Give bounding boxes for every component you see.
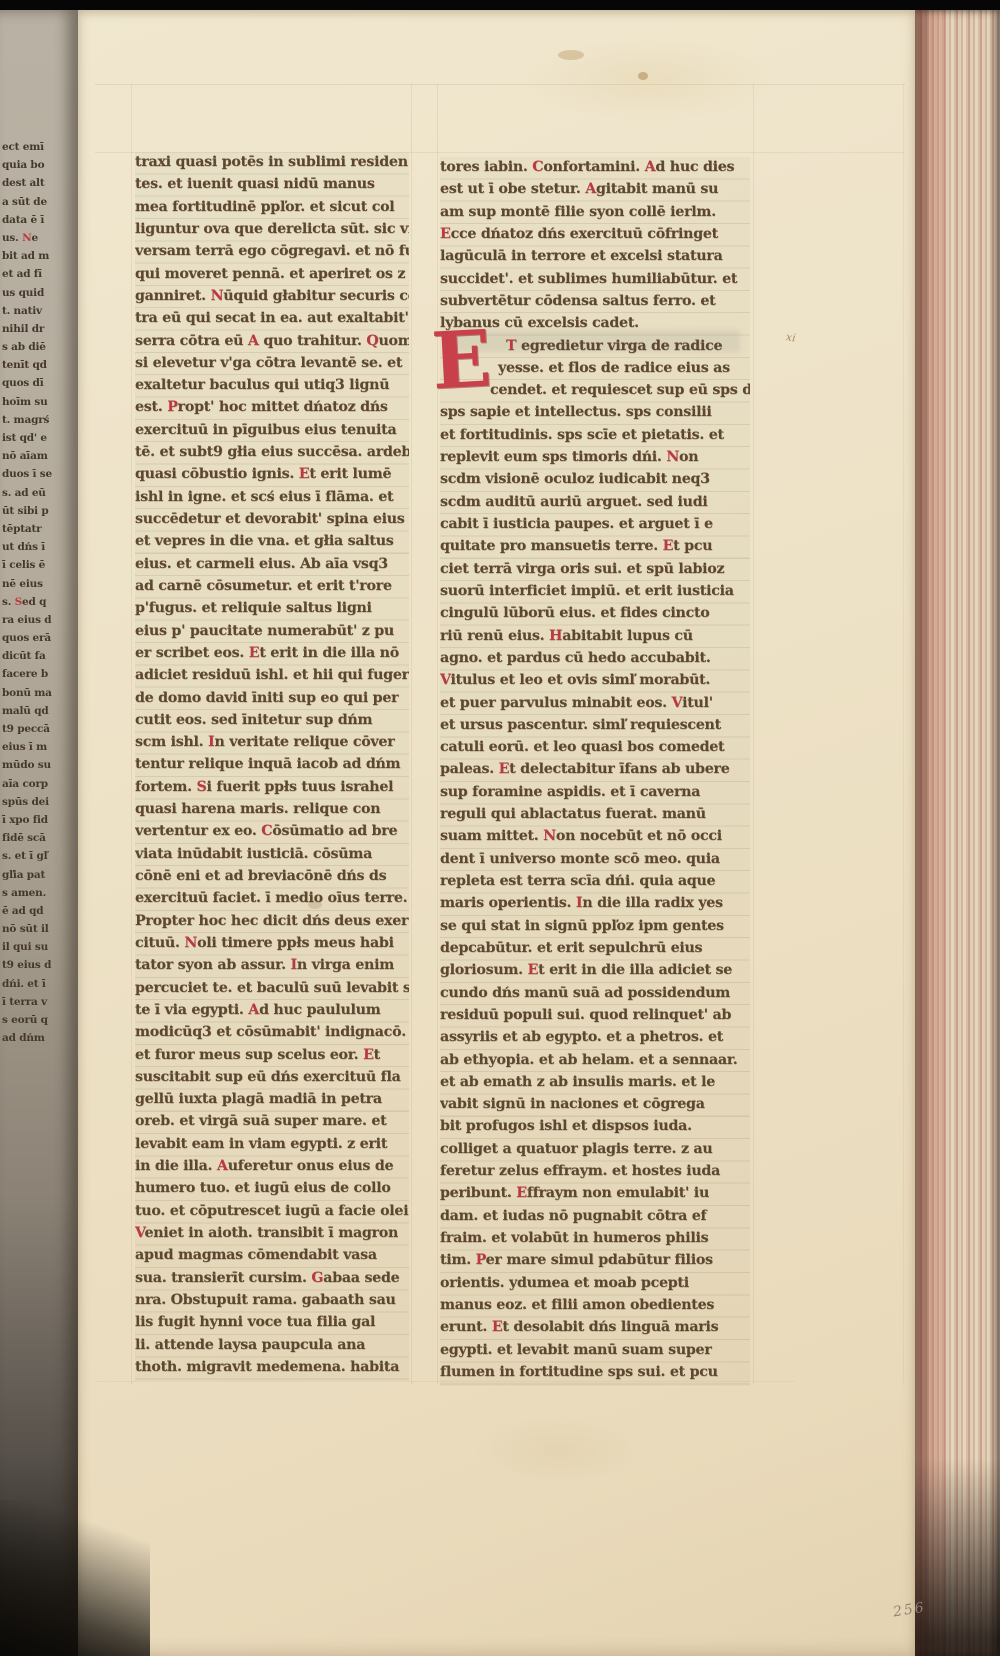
manuscript-line: mea fortitudinē ppľor. et sicut col	[135, 197, 409, 219]
manuscript-line: cutit eos. sed īnitetur sup dńm	[135, 710, 409, 732]
fragment-line: dńi. et ī	[2, 975, 70, 993]
manuscript-line: feretur zelus effraym. et hostes iuda	[440, 1161, 750, 1183]
fragment-line: quos dī	[2, 374, 70, 392]
manuscript-line: ciet terrā virga oris sui. et spū labioz	[440, 559, 750, 581]
fragment-line: a sūt de	[2, 193, 70, 211]
manuscript-line: succidet'. et sublimes humiliabūtur. et	[440, 269, 750, 291]
manuscript-line: lagūculā in terrore et excelsi statura	[440, 246, 750, 268]
manuscript-line: de domo david īniti sup eo qui per	[135, 688, 409, 710]
previous-page-text-fragments: ect emīquia bodest alta sūt dedata ē īus…	[2, 138, 70, 1047]
ruling-line-vertical	[753, 84, 754, 1384]
ruling-line-vertical	[131, 84, 132, 1384]
manuscript-line: gellū iuxta plagā madiā in petra	[135, 1089, 409, 1111]
manuscript-line: scm ishl. In veritate relique cōver	[135, 732, 409, 754]
manuscript-line: colliget a quatuor plagis terre. z au	[440, 1139, 750, 1161]
manuscript-line: et puer parvulus minabit eos. Vitul'	[440, 693, 750, 715]
manuscript-line: et furor meus sup scelus eor. Et	[135, 1045, 409, 1067]
book-fore-edge	[915, 10, 1000, 1656]
manuscript-line: depcabūtur. et erit sepulchrū eius	[440, 938, 750, 960]
manuscript-line: scdm visionē oculoz iudicabit neq3	[440, 469, 750, 491]
manuscript-line: tores iabin. Confortamini. Ad huc dies	[440, 157, 750, 179]
manuscript-line: Veniet in aioth. transibit ī magron	[135, 1223, 409, 1245]
manuscript-line: tes. et iuenit quasi nidū manus	[135, 174, 409, 196]
manuscript-line: replevit eum sps timoris dńi. Non	[440, 447, 750, 469]
manuscript-line: si elevetur v'ga cōtra levantē se. et	[135, 353, 409, 375]
manuscript-line: percuciet te. et baculū suū levabit sup	[135, 978, 409, 1000]
fragment-line: ra eius d	[2, 611, 70, 629]
manuscript-line: am sup montē filie syon collē ierlm.	[440, 202, 750, 224]
manuscript-line: viata inūdabit iusticiā. cōsūma	[135, 844, 409, 866]
manuscript-photo: ect emīquia bodest alta sūt dedata ē īus…	[0, 0, 1000, 1656]
parchment-stain	[638, 72, 648, 80]
manuscript-line: tentur relique inquā iacob ad dńm	[135, 754, 409, 776]
manuscript-line: suam mittet. Non nocebūt et nō occi	[440, 826, 750, 848]
manuscript-line: riū renū eius. Habitabit lupus cū	[440, 626, 750, 648]
manuscript-line: est. Propt' hoc mittet dńatoz dńs	[135, 397, 409, 419]
fragment-line: dicūt fa	[2, 647, 70, 665]
fragment-line: ūt sibi p	[2, 502, 70, 520]
fragment-line: tenīt qd	[2, 356, 70, 374]
manuscript-line: suorū interficiet impiū. et erit iustici…	[440, 581, 750, 603]
ruling-line-vertical	[411, 84, 412, 1384]
manuscript-line: et ab emath z ab insulis maris. et le	[440, 1072, 750, 1094]
fragment-line: fidē scā	[2, 829, 70, 847]
parchment-stain	[558, 50, 584, 60]
manuscript-line: se qui stat in signū ppľoz ipm gentes	[440, 916, 750, 938]
fragment-line: t9 eius d	[2, 956, 70, 974]
fragment-line: quos erā	[2, 629, 70, 647]
fragment-line: duos ī se	[2, 465, 70, 483]
manuscript-line: exaltetur baculus qui utiq3 lignū	[135, 375, 409, 397]
text-column-left: traxi quasi potēs in sublimi residentes.…	[135, 152, 409, 1381]
fragment-line: et ad fī	[2, 265, 70, 283]
photo-black-edge-top	[0, 0, 1000, 10]
fragment-line: s. Sed q	[2, 593, 70, 611]
fragment-line: ist qd' e	[2, 429, 70, 447]
manuscript-line: humero tuo. et iugū eius de collo	[135, 1178, 409, 1200]
fragment-line: dest alt	[2, 174, 70, 192]
manuscript-line: catuli eorū. et leo quasi bos comedet	[440, 737, 750, 759]
fragment-line: s. et ī gľ	[2, 847, 70, 865]
fragment-line: hoīm su	[2, 393, 70, 411]
manuscript-line: cabit ī iusticia paupes. et arguet ī e	[440, 514, 750, 536]
fragment-line: ē ad qd	[2, 902, 70, 920]
ruling-line-horizontal	[95, 84, 905, 85]
manuscript-line: Ecce dńatoz dńs exercituū cōfringet	[440, 224, 750, 246]
manuscript-line: suscitabit sup eū dńs exercituū fla	[135, 1067, 409, 1089]
manuscript-line: cōnē eni et ad breviacōnē dńs ds	[135, 866, 409, 888]
manuscript-line: oreb. et virgā suā super mare. et	[135, 1111, 409, 1133]
manuscript-line: eius p' paucitate numerabūt' z pu	[135, 621, 409, 643]
manuscript-line: exercituū faciet. ī medio oīus terre.	[135, 888, 409, 910]
ruling-line-vertical	[437, 84, 438, 1384]
manuscript-line: dam. et iudas nō pugnabit cōtra ef	[440, 1206, 750, 1228]
manuscript-line: residuū populi sui. quod relinquet' ab	[440, 1005, 750, 1027]
manuscript-line: tim. Per mare simul pdabūtur filios	[440, 1250, 750, 1272]
manuscript-line: agno. et pardus cū hedo accubabit.	[440, 648, 750, 670]
fragment-line: s ab diē	[2, 338, 70, 356]
manuscript-line: et vepres in die vna. et głia saltus	[135, 531, 409, 553]
manuscript-line: thoth. migravit medemena. habita	[135, 1357, 409, 1379]
manuscript-line: levabit eam in viam egypti. z erit	[135, 1134, 409, 1156]
fragment-line: nihil dr	[2, 320, 70, 338]
manuscript-line: Vitulus et leo et ovis simľ morabūt.	[440, 670, 750, 692]
manuscript-line: vertentur ex eo. Cōsūmatio ad bre	[135, 821, 409, 843]
manuscript-line: orientis. ydumea et moab pcepti	[440, 1273, 750, 1295]
manuscript-line: repleta est terra scīa dńi. quia aque	[440, 871, 750, 893]
fragment-line: bit ad m	[2, 247, 70, 265]
fragment-line: s eorū q	[2, 1011, 70, 1029]
fragment-line: ut dńs ī	[2, 538, 70, 556]
manuscript-line: et fortitudinis. sps scīe et pietatis. e…	[440, 425, 750, 447]
manuscript-line: subvertētur cōdensa saltus ferro. et	[440, 291, 750, 313]
manuscript-line: flumen in fortitudine sps sui. et pcu	[440, 1362, 750, 1384]
manuscript-line: eius. et carmeli eius. Ab aīa vsq3	[135, 554, 409, 576]
manuscript-line: egypti. et levabit manū suam super	[440, 1340, 750, 1362]
ruling-line-vertical	[903, 84, 904, 1384]
manuscript-line: sps sapie et intellectus. sps consilii	[440, 402, 750, 424]
fragment-line: s amen.	[2, 884, 70, 902]
previous-page-edge: ect emīquia bodest alta sūt dedata ē īus…	[0, 10, 78, 1656]
fragment-line: bonū ma	[2, 684, 70, 702]
manuscript-line: scdm auditū auriū arguet. sed iudi	[440, 492, 750, 514]
fragment-line: data ē ī	[2, 211, 70, 229]
manuscript-line: modicūq3 et cōsūmabit' indignacō.	[135, 1022, 409, 1044]
manuscript-line: liguntur ova que derelicta sūt. sic vni	[135, 219, 409, 241]
margin-chapter-note: xi	[785, 330, 796, 344]
fragment-line: t9 peccā	[2, 720, 70, 738]
manuscript-line: quasi cōbustio ignis. Et erit lumē	[135, 464, 409, 486]
fragment-line: ī xpo fid	[2, 811, 70, 829]
manuscript-line: li. attende laysa paupcula ana	[135, 1335, 409, 1357]
manuscript-line: quasi harena maris. relique con	[135, 799, 409, 821]
fragment-line: s. ad eū	[2, 484, 70, 502]
manuscript-line: fraim. et volabūt in humeros philis	[440, 1228, 750, 1250]
manuscript-line: ganniret. Nūquid głabitur securis cō	[135, 286, 409, 308]
manuscript-line: bit profugos ishl et dispsos iuda.	[440, 1116, 750, 1138]
fragment-line: quia bo	[2, 156, 70, 174]
fragment-line: gľia pat	[2, 866, 70, 884]
manuscript-line: succēdetur et devorabit' spina eius	[135, 509, 409, 531]
fragment-line: us. Ne	[2, 229, 70, 247]
manuscript-line: ab ethyopia. et ab helam. et a sennaar.	[440, 1050, 750, 1072]
manuscript-line: tē. et subt9 głia eius succēsa. ardebit	[135, 442, 409, 464]
fragment-line: aīa corp	[2, 775, 70, 793]
manuscript-line: qui moveret pennā. et aperiret os z	[135, 264, 409, 286]
manuscript-line: adiciet residuū ishl. et hii qui fugerīt	[135, 665, 409, 687]
manuscript-line: paleas. Et delectabitur īfans ab ubere	[440, 759, 750, 781]
manuscript-line: dent ī universo monte scō meo. quia	[440, 849, 750, 871]
manuscript-line: est ut ī obe stetur. Agitabit manū su	[440, 179, 750, 201]
manuscript-line: ishl in igne. et scś eius ī flāma. et	[135, 487, 409, 509]
manuscript-line: maris operientis. In die illa radix yes	[440, 893, 750, 915]
manuscript-line: tator syon ab assur. In virga enim	[135, 955, 409, 977]
fragment-line: facere b	[2, 665, 70, 683]
fragment-line: ect emī	[2, 138, 70, 156]
fragment-line: il qui su	[2, 938, 70, 956]
manuscript-line: traxi quasi potēs in sublimi residen	[135, 152, 409, 174]
manuscript-line: er scribet eos. Et erit in die illa nō	[135, 643, 409, 665]
fragment-line: t. nativ	[2, 302, 70, 320]
manuscript-line: ad carnē cōsumetur. et erit t'rore	[135, 576, 409, 598]
manuscript-line: manus eoz. et filii amon obedientes	[440, 1295, 750, 1317]
fragment-line: eius ī m	[2, 738, 70, 756]
manuscript-line: apud magmas cōmendabit vasa	[135, 1245, 409, 1267]
fragment-line: ī terra v	[2, 993, 70, 1011]
fragment-line: ī celis ē	[2, 556, 70, 574]
manuscript-line: Propter hoc hec dicit dńs deus exer	[135, 911, 409, 933]
manuscript-line: serra cōtra eū A quo trahitur. Quomō	[135, 331, 409, 353]
manuscript-line: exercituū in pīguibus eius tenuita	[135, 420, 409, 442]
manuscript-line: fortem. Si fuerit ppłs tuus israhel	[135, 777, 409, 799]
drop-cap-initial-E: E	[430, 324, 493, 397]
manuscript-line: te ī via egypti. Ad huc paululum	[135, 1000, 409, 1022]
fragment-line: ad dńm	[2, 1029, 70, 1047]
manuscript-line: versam terrā ego cōgregavi. et nō fuit	[135, 241, 409, 263]
photo-shadow-bottom-left	[0, 1500, 150, 1656]
fragment-line: t. magrś	[2, 411, 70, 429]
manuscript-line: tra eū qui secat in ea. aut exaltabit'	[135, 308, 409, 330]
manuscript-line: et ursus pascentur. simľ requiescent	[440, 715, 750, 737]
manuscript-line: tuo. et cōputrescet iugū a facie olei.	[135, 1201, 409, 1223]
fragment-line: malū qd	[2, 702, 70, 720]
fragment-line: spūs dei	[2, 793, 70, 811]
manuscript-line: in die illa. Auferetur onus eius de	[135, 1156, 409, 1178]
manuscript-line: erunt. Et desolabit dńs linguā maris	[440, 1317, 750, 1339]
fragment-line: nō aīam	[2, 447, 70, 465]
manuscript-line: quitate pro mansuetis terre. Et pcu	[440, 536, 750, 558]
manuscript-line: gloriosum. Et erit in die illa adiciet s…	[440, 960, 750, 982]
manuscript-line: lis fugit hynni voce tua filia gal	[135, 1312, 409, 1334]
fragment-line: tēptatr	[2, 520, 70, 538]
manuscript-line: peribunt. Effraym non emulabit' iu	[440, 1183, 750, 1205]
manuscript-line: p'fugus. et reliquie saltus ligni	[135, 598, 409, 620]
manuscript-line: cundo dńs manū suā ad possidendum	[440, 983, 750, 1005]
manuscript-line: cituū. Noli timere ppłs meus habi	[135, 933, 409, 955]
manuscript-line: nra. Obstupuit rama. gabaath sau	[135, 1290, 409, 1312]
fragment-line: mūdo su	[2, 756, 70, 774]
fragment-line: nō sūt il	[2, 920, 70, 938]
manuscript-line: cingulū lūborū eius. et fides cincto	[440, 603, 750, 625]
manuscript-line: assyriis et ab egypto. et a phetros. et	[440, 1027, 750, 1049]
manuscript-line: vabit signū in naciones et cōgrega	[440, 1094, 750, 1116]
fragment-line: us quid	[2, 284, 70, 302]
text-column-right: tores iabin. Confortamini. Ad huc dieses…	[440, 157, 750, 1386]
manuscript-line: reguli qui ablactatus fuerat. manū	[440, 804, 750, 826]
fragment-line: nē eius	[2, 575, 70, 593]
manuscript-line: sua. transierīt cursim. Gabaa sede	[135, 1268, 409, 1290]
manuscript-line: sup foramine aspidis. et ī caverna	[440, 782, 750, 804]
